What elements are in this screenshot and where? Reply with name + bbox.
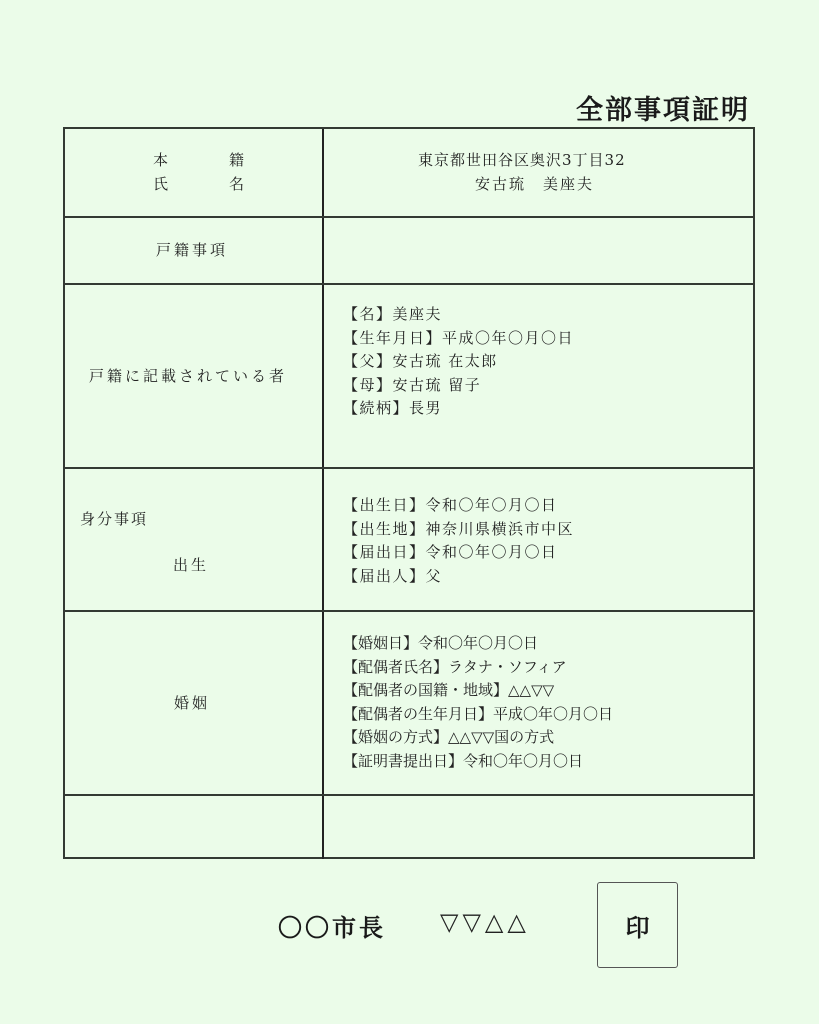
row-honseki-name: 本 籍 氏 名 東京都世田谷区奥沢3丁目32 安古琉 美座夫 xyxy=(65,129,753,218)
birth-date: 【出生日】令和〇年〇月〇日 xyxy=(343,494,574,518)
marriage-method: 【婚姻の方式】△△▽▽国の方式 xyxy=(343,726,613,750)
full-name: 安古琉 美座夫 xyxy=(475,172,594,196)
cell-honseki-name-label: 本 籍 氏 名 xyxy=(65,129,324,216)
birth-report-date: 【届出日】令和〇年〇月〇日 xyxy=(343,541,574,565)
person-mother: 【母】安古琉 留子 xyxy=(343,374,574,398)
cell-birth-details: 【出生日】令和〇年〇月〇日 【出生地】神奈川県横浜市中区 【届出日】令和〇年〇月… xyxy=(324,469,753,610)
person-relationship: 【続柄】長男 xyxy=(343,397,574,421)
label-mibun-jiko: 身分事項 xyxy=(80,507,148,531)
row-empty xyxy=(65,796,753,859)
honseki-address: 東京都世田谷区奥沢3丁目32 xyxy=(418,148,626,172)
marriage-date: 【婚姻日】令和〇年〇月〇日 xyxy=(343,632,613,656)
label-birth: 出生 xyxy=(173,553,209,577)
certificate-table: 本 籍 氏 名 東京都世田谷区奥沢3丁目32 安古琉 美座夫 戸籍事項 戸籍に記… xyxy=(63,127,755,859)
cell-koseki-jiko-value xyxy=(324,218,753,283)
cell-empty-label xyxy=(65,796,324,859)
seal-label: 印 xyxy=(626,908,650,943)
row-person: 戸籍に記載されている者 【名】美座夫 【生年月日】平成〇年〇月〇日 【父】安古琉… xyxy=(65,285,753,469)
spouse-birthdate: 【配偶者の生年月日】平成〇年〇月〇日 xyxy=(343,703,613,727)
spouse-nationality: 【配偶者の国籍・地域】△△▽▽ xyxy=(343,679,613,703)
cell-person-details: 【名】美座夫 【生年月日】平成〇年〇月〇日 【父】安古琉 在太郎 【母】安古琉 … xyxy=(324,285,753,467)
label-honseki: 本 籍 xyxy=(153,148,248,172)
label-koseki-jiko: 戸籍事項 xyxy=(156,238,228,262)
label-marriage: 婚姻 xyxy=(174,691,210,715)
birth-place: 【出生地】神奈川県横浜市中区 xyxy=(343,518,574,542)
spouse-name: 【配偶者氏名】ラタナ・ソフィア xyxy=(343,656,613,680)
cell-koseki-jiko-label: 戸籍事項 xyxy=(65,218,324,283)
certificate-submission-date: 【証明書提出日】令和〇年〇月〇日 xyxy=(343,750,613,774)
person-given-name: 【名】美座夫 xyxy=(343,303,574,327)
cell-person-label: 戸籍に記載されている者 xyxy=(65,285,324,467)
cell-honseki-name-value: 東京都世田谷区奥沢3丁目32 安古琉 美座夫 xyxy=(324,129,753,216)
cell-marriage-details: 【婚姻日】令和〇年〇月〇日 【配偶者氏名】ラタナ・ソフィア 【配偶者の国籍・地域… xyxy=(324,612,753,794)
person-birthdate: 【生年月日】平成〇年〇月〇日 xyxy=(343,327,574,351)
cell-birth-label: 身分事項 出生 xyxy=(65,469,324,610)
birth-reporter: 【届出人】父 xyxy=(343,565,574,589)
label-shimei: 氏 名 xyxy=(153,172,248,196)
official-seal: 印 xyxy=(597,882,678,968)
mayor-title: 〇〇市長 xyxy=(278,908,386,943)
row-marriage: 婚姻 【婚姻日】令和〇年〇月〇日 【配偶者氏名】ラタナ・ソフィア 【配偶者の国籍… xyxy=(65,612,753,796)
person-father: 【父】安古琉 在太郎 xyxy=(343,350,574,374)
cell-marriage-label: 婚姻 xyxy=(65,612,324,794)
mayor-name: ▽▽△△ xyxy=(440,908,530,936)
row-koseki-jiko: 戸籍事項 xyxy=(65,218,753,285)
document-title: 全部事項証明 xyxy=(540,88,750,127)
cell-empty-value xyxy=(324,796,753,859)
row-birth: 身分事項 出生 【出生日】令和〇年〇月〇日 【出生地】神奈川県横浜市中区 【届出… xyxy=(65,469,753,612)
label-person: 戸籍に記載されている者 xyxy=(89,364,287,388)
